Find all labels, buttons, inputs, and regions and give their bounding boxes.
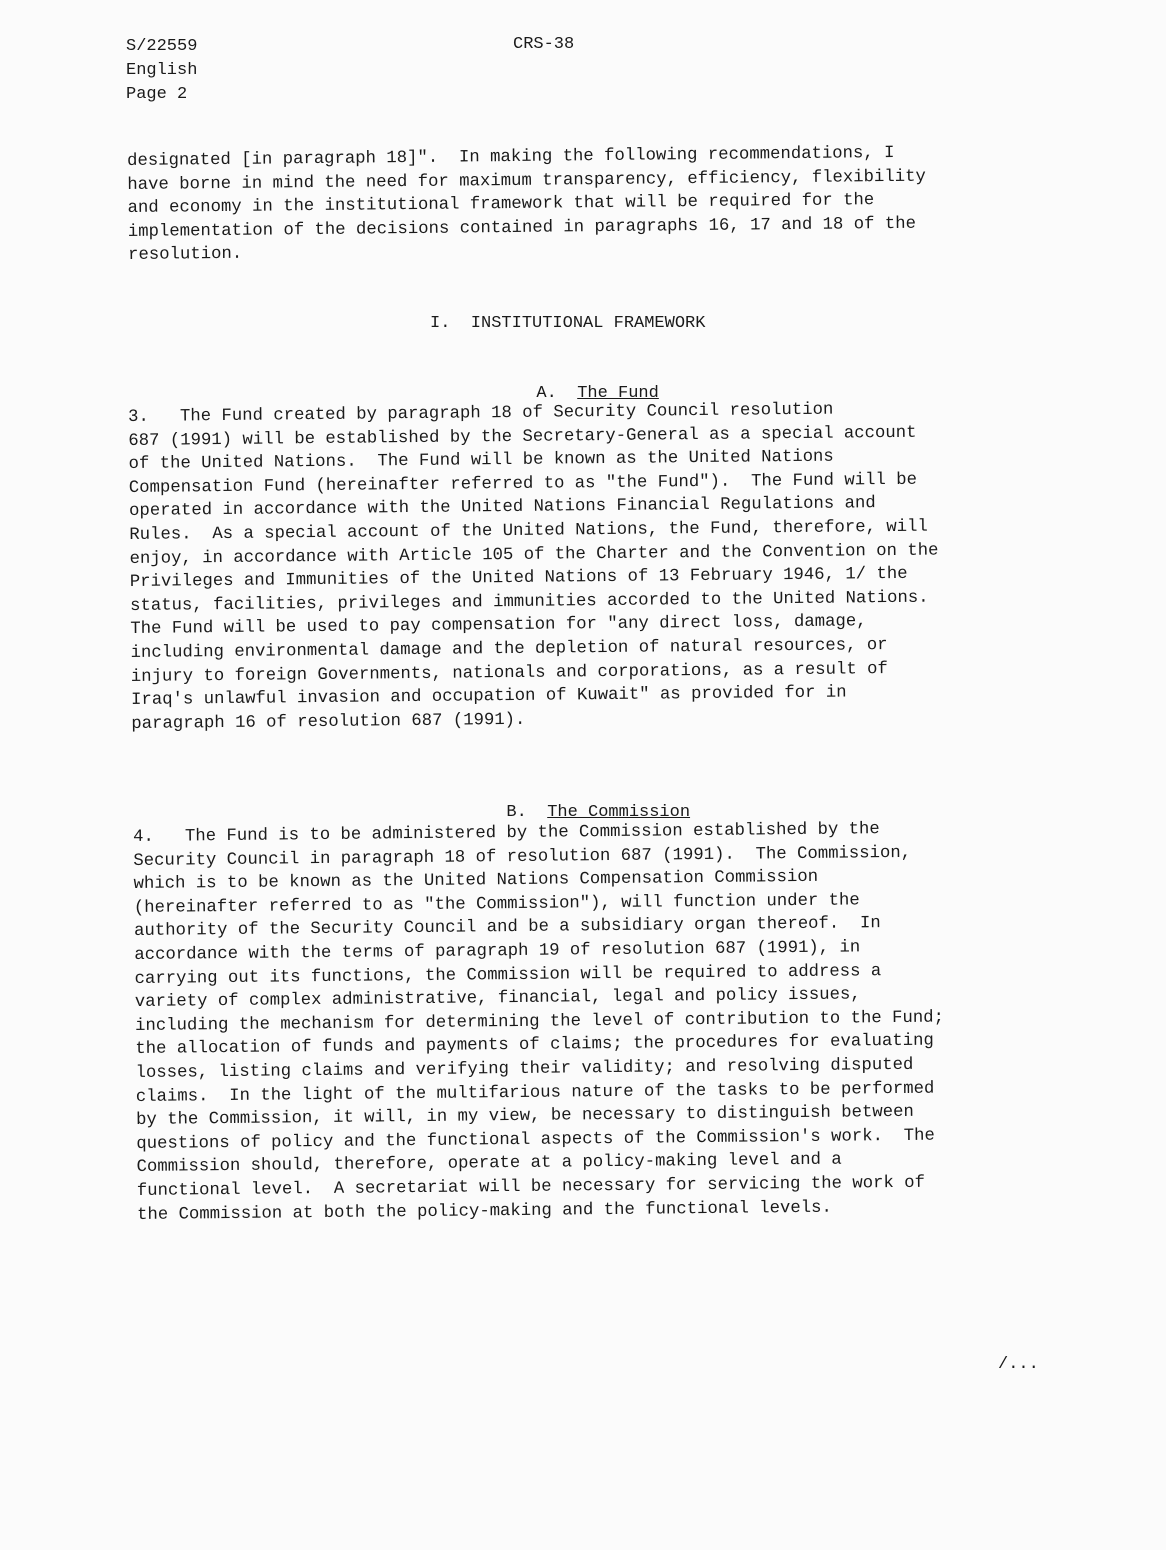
section-heading: I. INSTITUTIONAL FRAMEWORK — [430, 313, 705, 335]
document-language: English — [126, 59, 197, 83]
subsection-heading-fund: A. The Fund — [516, 361, 659, 405]
intro-paragraph: designated [in paragraph 18]". In making… — [127, 142, 927, 268]
paragraph-4: 4. The Fund is to be administered by the… — [133, 818, 946, 1228]
subsection-letter: A. — [536, 384, 556, 403]
page-number: Page 2 — [126, 83, 197, 107]
document-symbol: S/22559 — [126, 35, 197, 59]
document-header: S/22559 English Page 2 — [126, 35, 197, 107]
subsection-heading-commission: B. The Commission — [486, 780, 690, 824]
subsection-title: The Commission — [547, 803, 690, 822]
archive-stamp: CRS-38 — [513, 33, 574, 57]
paragraph-3: 3. The Fund created by paragraph 18 of S… — [128, 398, 940, 737]
subsection-letter: B. — [506, 803, 526, 822]
continuation-marker: /... — [998, 1355, 1039, 1374]
